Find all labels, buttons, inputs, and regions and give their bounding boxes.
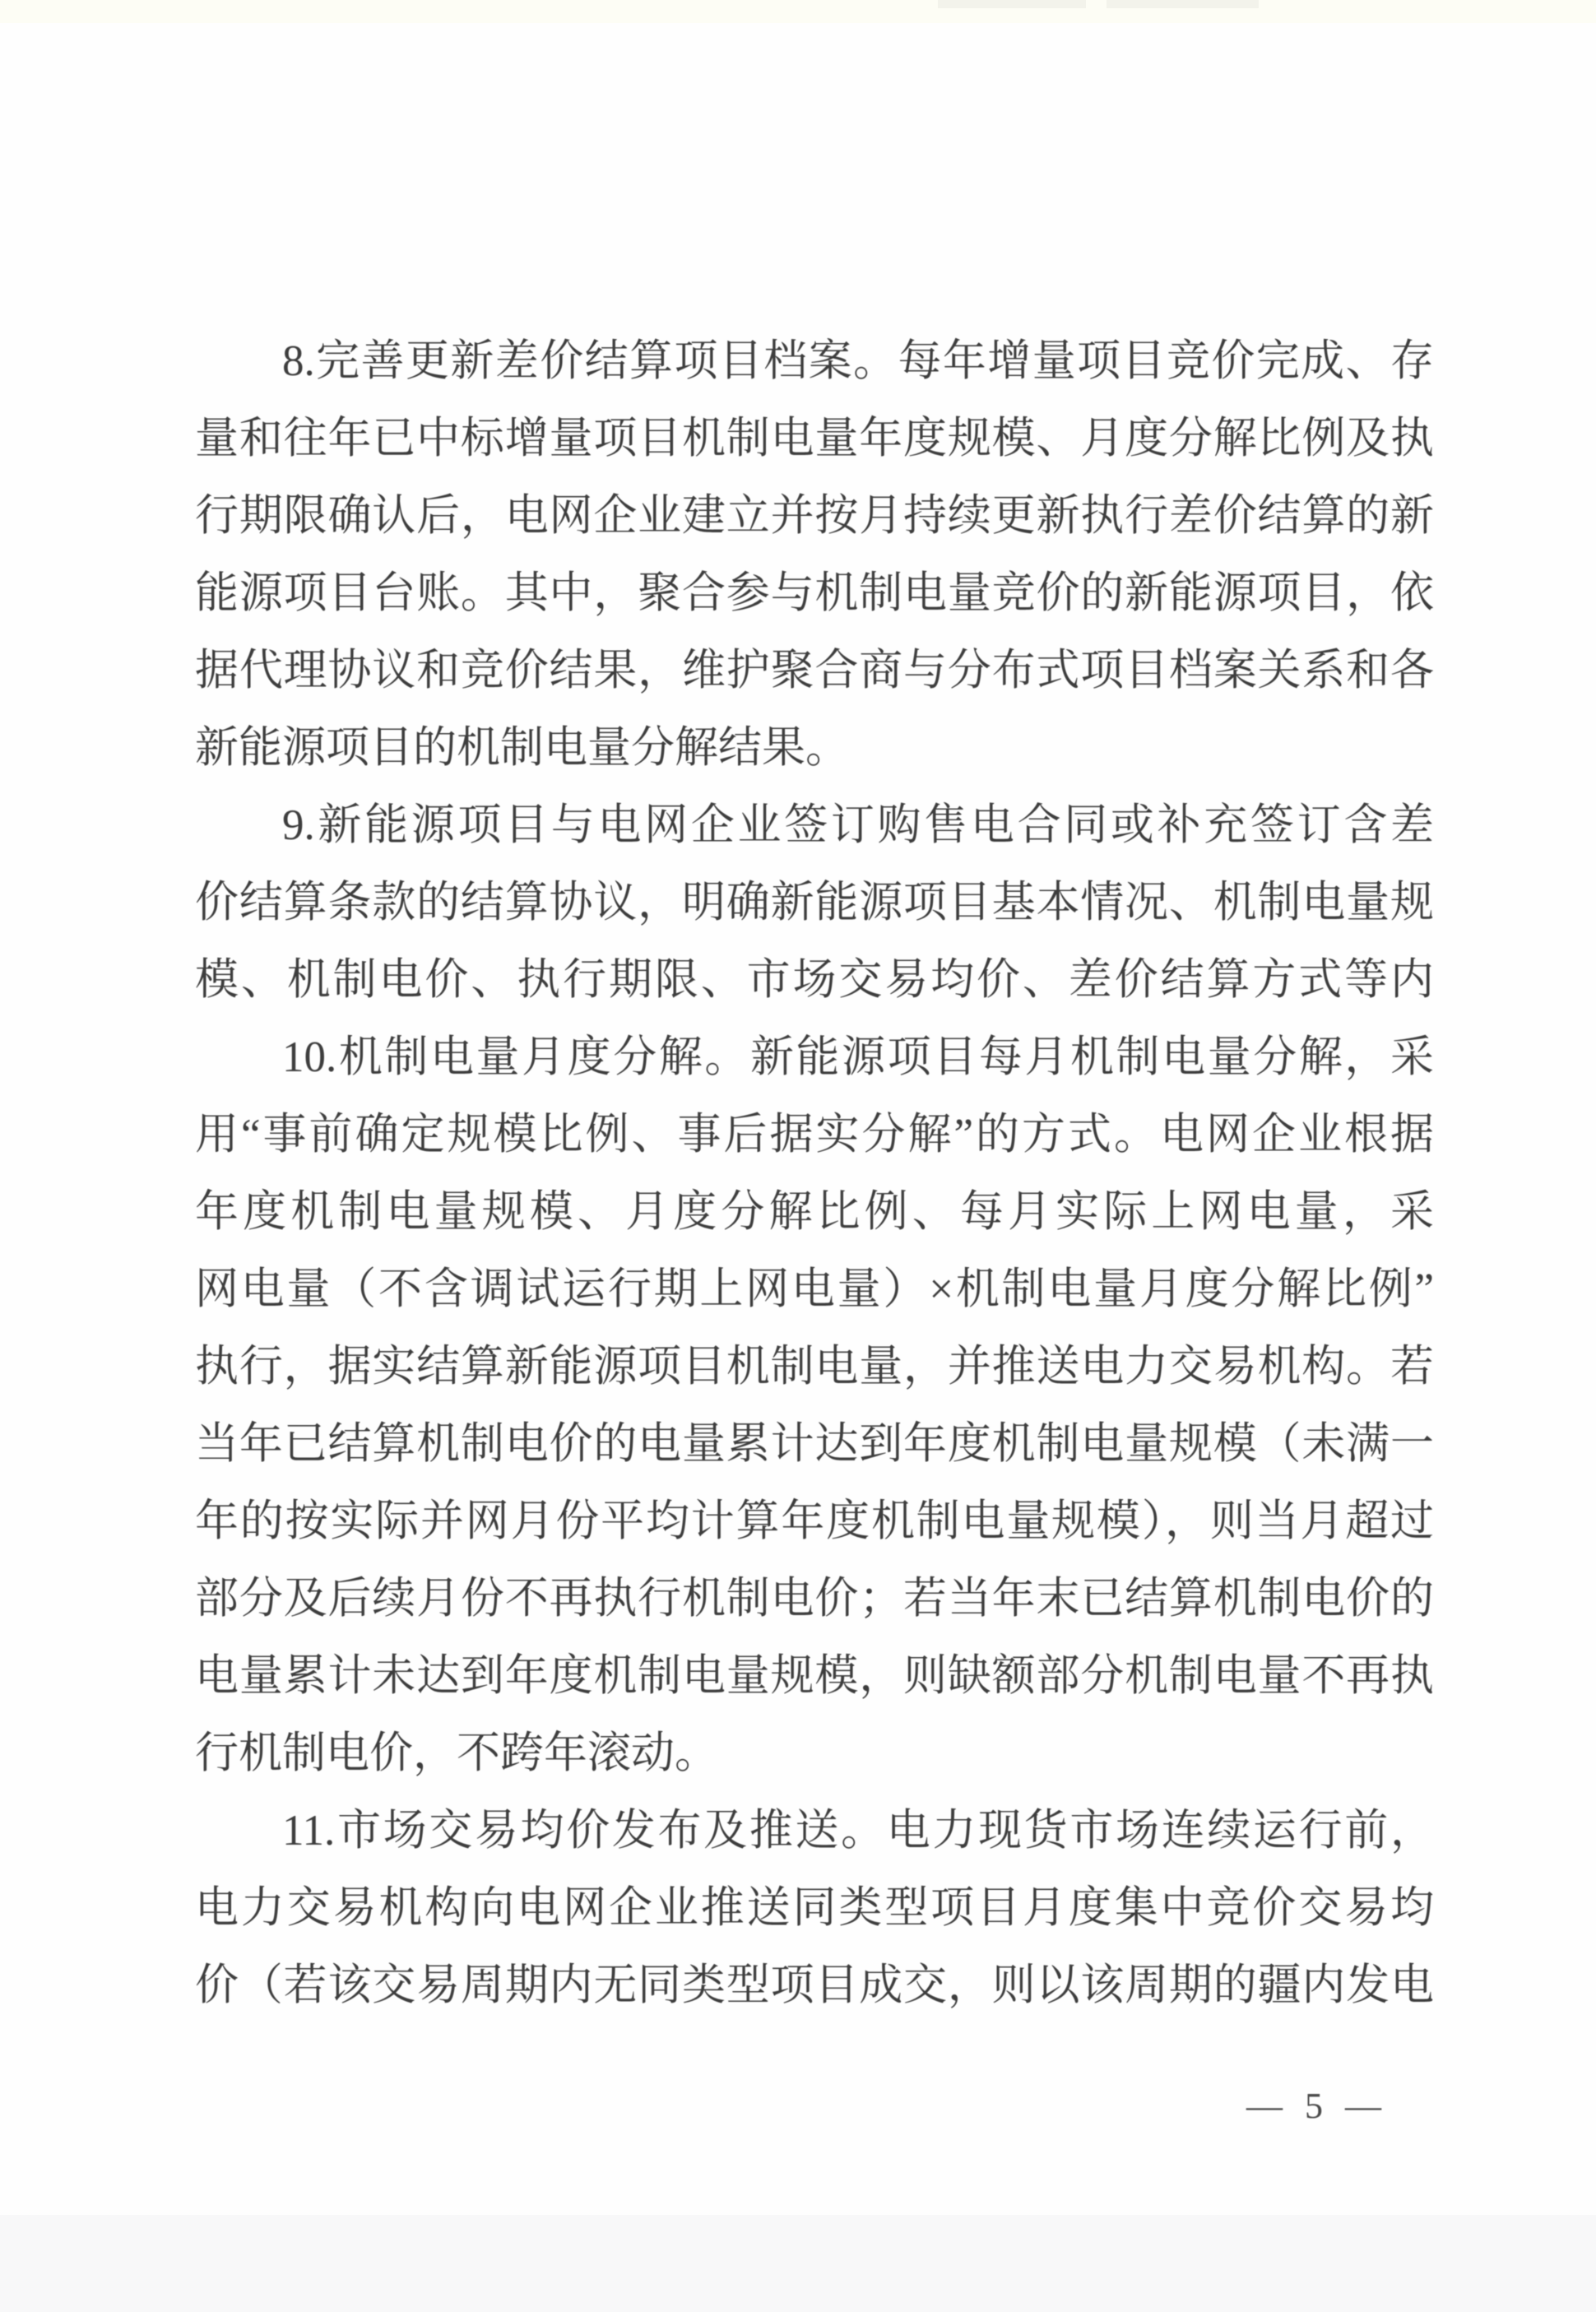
document-body: 8.完善更新差价结算项目档案。每年增量项目竞价完成、存 量和往年已中标增量项目机… [195, 323, 1434, 2024]
text-line: 年度机制电量规模、月度分解比例、每月实际上网电量，采用“上 [195, 1173, 1434, 1251]
scan-artifact-top-band [0, 0, 1596, 23]
text-line: 电力交易机构向电网企业推送同类型项目月度集中竞价交易均 [195, 1869, 1434, 1947]
text-line: 价结算条款的结算协议，明确新能源项目基本情况、机制电量规 [195, 864, 1434, 941]
text-line: 量和往年已中标增量项目机制电量年度规模、月度分解比例及执 [195, 400, 1434, 477]
text-line: 10.机制电量月度分解。新能源项目每月机制电量分解，采 [195, 1019, 1434, 1096]
text-line: 新能源项目的机制电量分解结果。 [195, 709, 1434, 787]
page-number: — 5 — [0, 2085, 1388, 2127]
text-line: 9.新能源项目与电网企业签订购售电合同或补充签订含差 [195, 787, 1434, 864]
text-line: 当年已结算机制电价的电量累计达到年度机制电量规模（未满一 [195, 1405, 1434, 1483]
text-line: 8.完善更新差价结算项目档案。每年增量项目竞价完成、存 [195, 323, 1434, 400]
text-line: 年的按实际并网月份平均计算年度机制电量规模），则当月超过 [195, 1483, 1434, 1560]
text-line: 用“事前确定规模比例、事后据实分解”的方式。电网企业根据 [195, 1096, 1434, 1173]
scan-artifact-bottom-band [0, 2215, 1596, 2312]
text-line: 网电量（不含调试运行期上网电量）×机制电量月度分解比例” [195, 1251, 1434, 1328]
scan-artifact-strip [938, 0, 1086, 8]
text-line: 价（若该交易周期内无同类型项目成交，则以该周期的疆内发电 [195, 1947, 1434, 2024]
text-line: 行机制电价，不跨年滚动。 [195, 1715, 1434, 1792]
text-line: 模、机制电价、执行期限、市场交易均价、差价结算方式等内容。 [195, 941, 1434, 1019]
text-line: 电量累计未达到年度机制电量规模，则缺额部分机制电量不再执 [195, 1637, 1434, 1715]
scan-artifact-strip [1107, 0, 1259, 8]
text-line: 部分及后续月份不再执行机制电价；若当年末已结算机制电价的 [195, 1560, 1434, 1637]
scanned-document-page: 8.完善更新差价结算项目档案。每年增量项目竞价完成、存 量和往年已中标增量项目机… [0, 0, 1596, 2312]
text-line: 能源项目台账。其中，聚合参与机制电量竞价的新能源项目，依 [195, 555, 1434, 632]
text-line: 行期限确认后，电网企业建立并按月持续更新执行差价结算的新 [195, 477, 1434, 555]
text-line: 据代理协议和竞价结果，维护聚合商与分布式项目档案关系和各 [195, 632, 1434, 709]
text-line: 执行，据实结算新能源项目机制电量，并推送电力交易机构。若 [195, 1328, 1434, 1405]
text-line: 11.市场交易均价发布及推送。电力现货市场连续运行前， [195, 1792, 1434, 1869]
